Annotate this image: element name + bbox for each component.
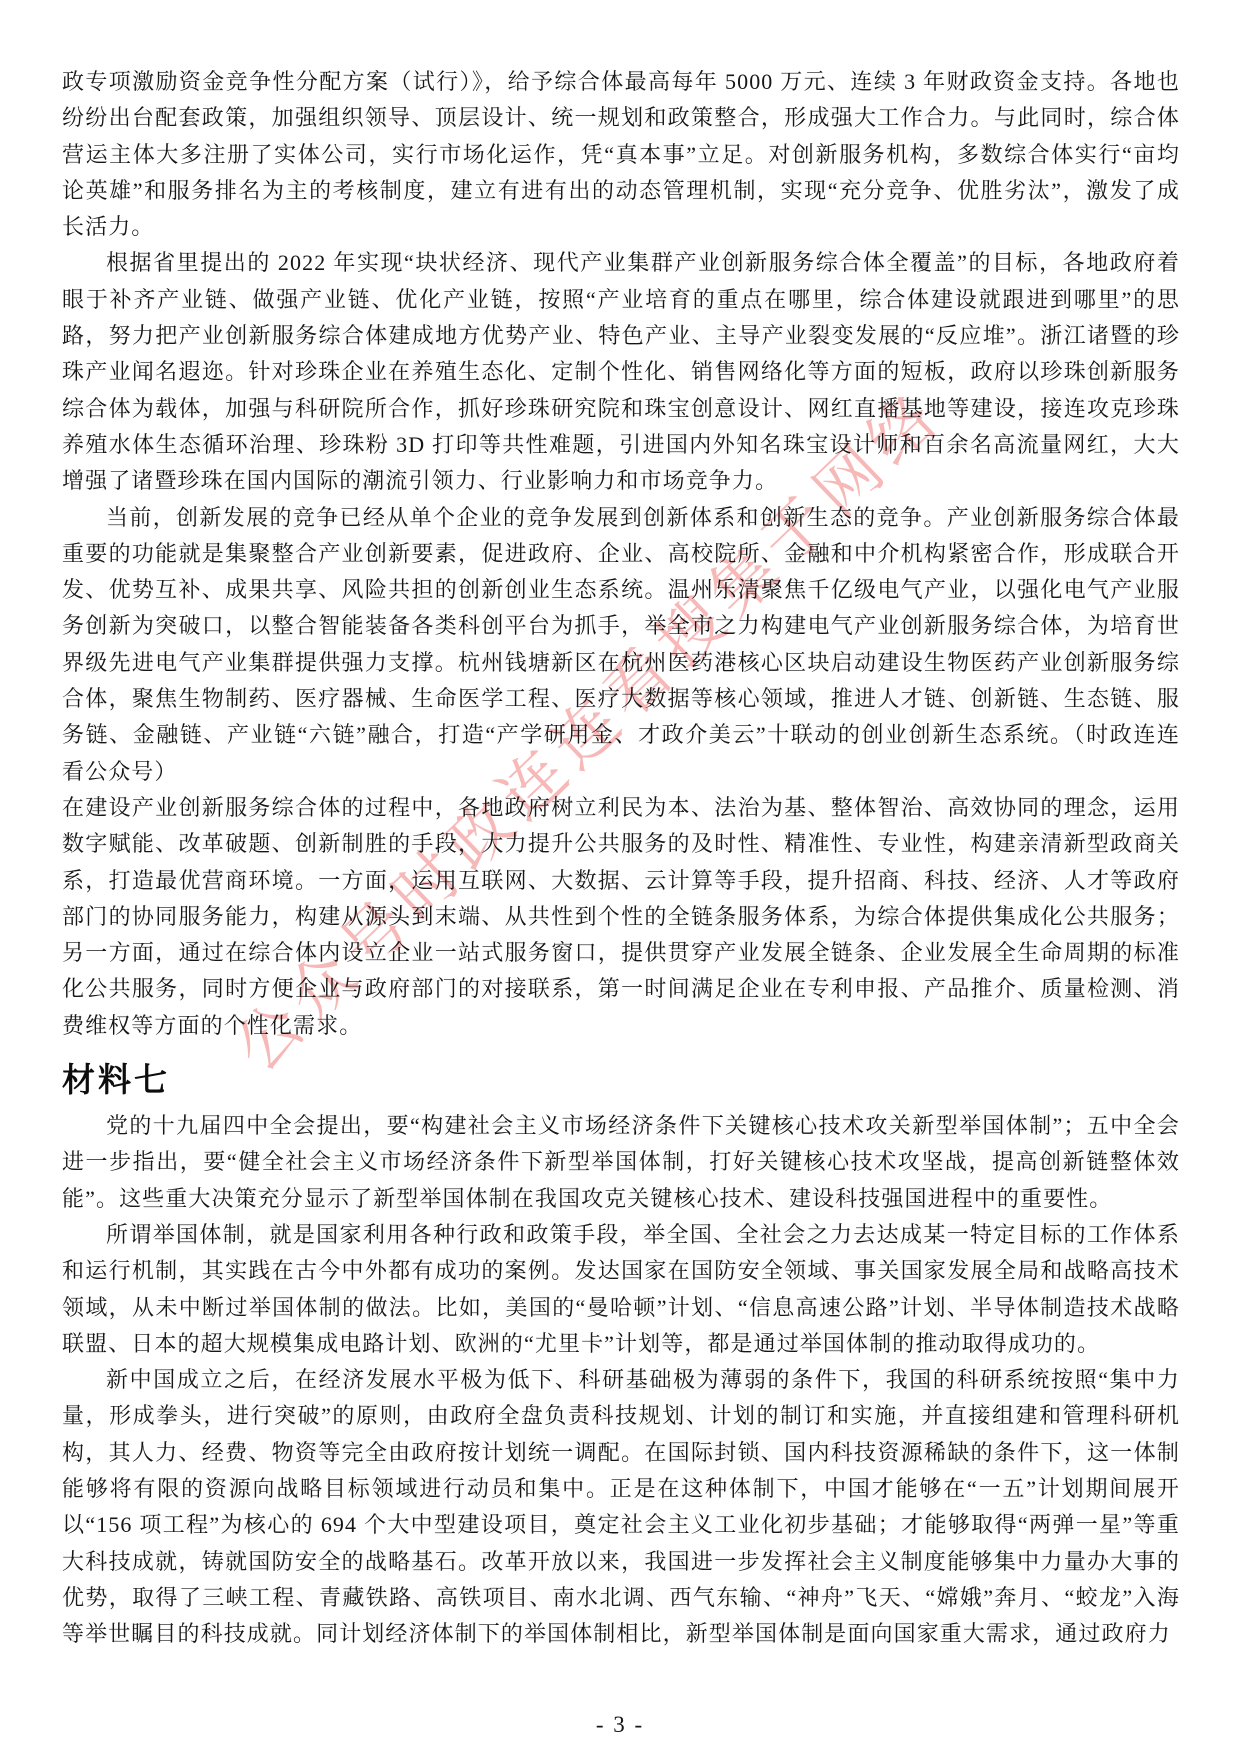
material-7-heading: 材料七: [62, 1060, 1180, 1100]
body-paragraph: 在建设产业创新服务综合体的过程中，各地政府树立利民为本、法治为基、整体智治、高效…: [62, 790, 1180, 1044]
body-paragraph: 党的十九届四中全会提出，要“构建社会主义市场经济条件下关键核心技术攻关新型举国体…: [62, 1108, 1180, 1217]
body-paragraph: 所谓举国体制，就是国家利用各种行政和政策手段，举全国、全社会之力去达成某一特定目…: [62, 1217, 1180, 1362]
page-body: 政专项激励资金竞争性分配方案（试行）》，给予综合体最高每年 5000 万元、连续…: [62, 64, 1180, 1652]
body-paragraph: 当前，创新发展的竞争已经从单个企业的竞争发展到创新体系和创新生态的竞争。产业创新…: [62, 500, 1180, 790]
body-paragraph: 根据省里提出的 2022 年实现“块状经济、现代产业集群产业创新服务综合体全覆盖…: [62, 245, 1180, 499]
body-paragraph: 政专项激励资金竞争性分配方案（试行）》，给予综合体最高每年 5000 万元、连续…: [62, 64, 1180, 245]
page-number: - 3 -: [0, 1712, 1240, 1738]
document-page: 公众号时政连连看搜集于网络 政专项激励资金竞争性分配方案（试行）》，给予综合体最…: [0, 0, 1240, 1754]
body-paragraph: 新中国成立之后，在经济发展水平极为低下、科研基础极为薄弱的条件下，我国的科研系统…: [62, 1362, 1180, 1652]
